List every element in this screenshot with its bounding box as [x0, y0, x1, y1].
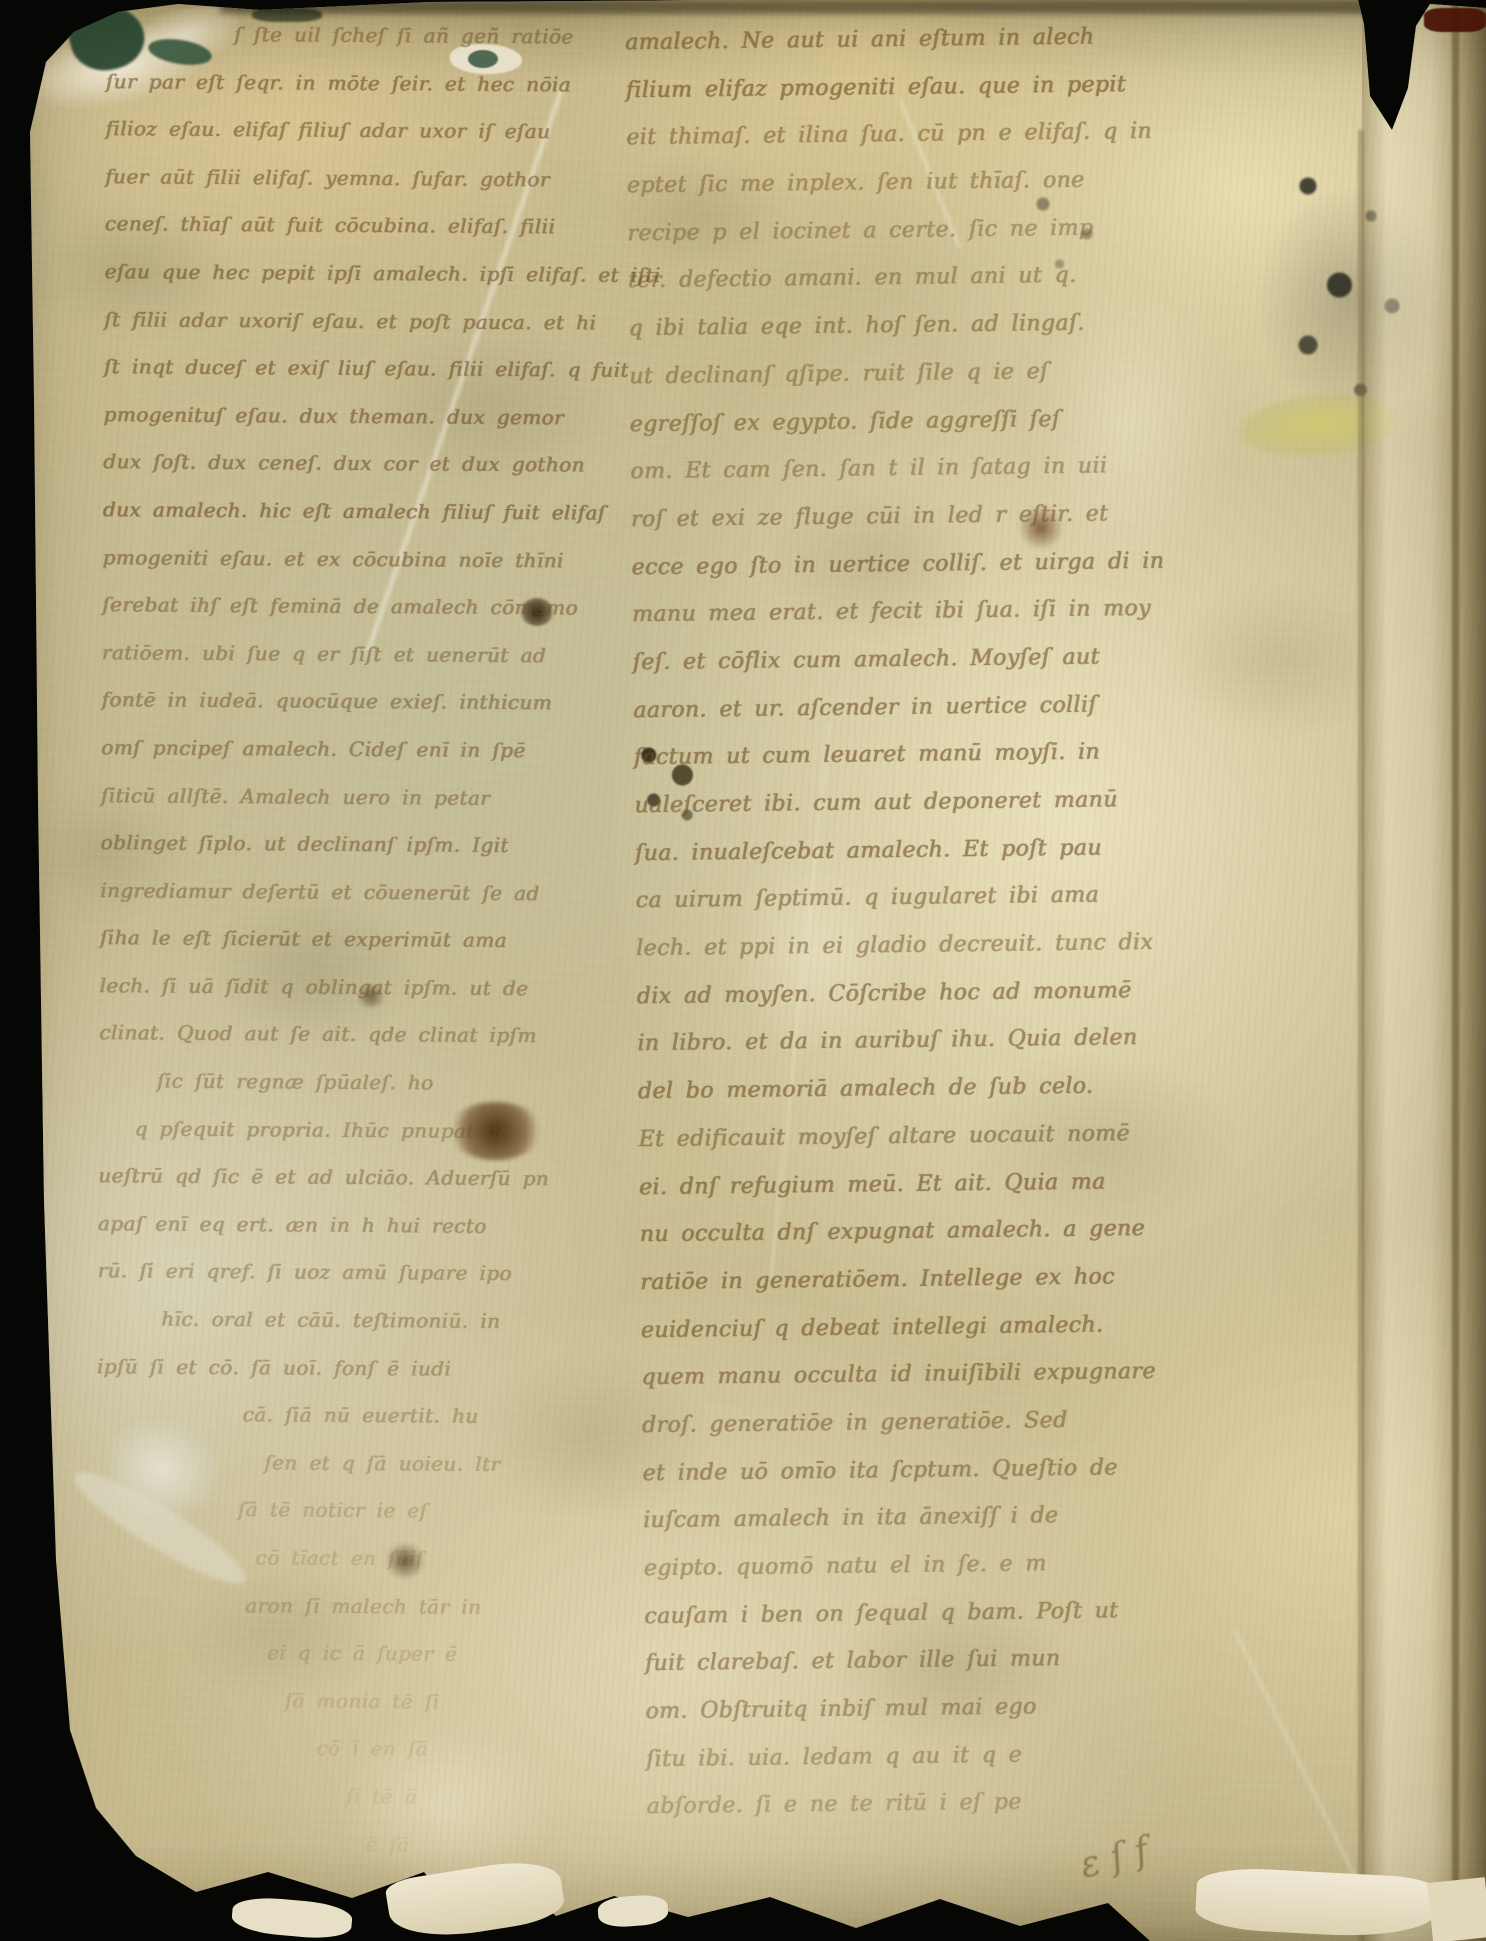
text-line: ē ſā	[94, 1819, 614, 1870]
text-line: ratiōe in generatiōem. Intellege ex hoc	[640, 1253, 1181, 1307]
text-line: lech. et ppi in ei gladio decreuit. tunc…	[636, 919, 1177, 973]
text-line: cā. ſiā nū euertit. hu	[97, 1390, 617, 1441]
text-line: oblinget ſiplo. ut declinanſ ipſm. Igit	[101, 819, 621, 870]
text-line: egipto. quomō natu el in ſe. e m	[644, 1539, 1185, 1593]
text-line: filioz eſau. elifaſ filiuſ adar uxor iſ …	[105, 105, 625, 156]
text-line: filium elifaz pmogeniti eſau. que in pep…	[626, 60, 1167, 114]
text-line: aron ſī malech tār in	[95, 1581, 615, 1632]
text-line: del bo memoriā amalech de ſub celo.	[638, 1062, 1179, 1116]
text-line: cō tīact en ſūiſ	[96, 1533, 616, 1584]
text-line: cō ī en ſā	[94, 1724, 614, 1775]
text-line: ei. dnſ refugium meū. Et ait. Quia ma	[639, 1157, 1180, 1211]
text-line: ſt inqt duceſ et exiſ liuſ eſau. filii e…	[104, 343, 624, 394]
text-line: ceneſ. thīaſ aūt fuit cōcubina. elifaſ. …	[105, 201, 625, 252]
text-line: ſiticū allſtē. Amalech uero in petar	[101, 772, 621, 823]
text-line: rū. ſi eri qref. ſi uoz amū ſupare ipo	[98, 1248, 618, 1299]
text-line: clinat. Quod aut ſe ait. qde clinat ipſm	[99, 1010, 619, 1061]
text-line: abſorde. ſi e ne te ritū i eſ pe	[647, 1777, 1188, 1831]
text-line: hīc. oral et cāū. teſtimoniū. in	[97, 1295, 617, 1346]
text-line: ei q ic ā ſuper ē	[95, 1628, 615, 1679]
text-line: dux amalech. hic eſt amalech filiuſ fuit…	[103, 486, 623, 537]
text-line: Et edificauit moyſeſ altare uocauit nomē	[638, 1109, 1179, 1163]
text-line: factum ut cum leuaret manū moyſi. in	[634, 728, 1175, 782]
manuscript-scan: ſ ſte uil ſcheſ ſi añ geñ ratiōeſur par …	[0, 0, 1486, 1941]
text-line: eptet ſic me inplex. ſen iut thīaſ. one	[627, 156, 1168, 210]
text-line: ualeſceret ibi. cum aut deponeret manū	[634, 776, 1175, 830]
text-line: apaſ enī eq ert. æn in h hui recto	[98, 1200, 618, 1251]
text-line: eſau que hec pepit ipſi amalech. ipſi el…	[104, 248, 624, 299]
text-line: pmogenituſ eſau. dux theman. dux gemor	[103, 391, 623, 442]
text-line: ecce ego ſto in uertice colliſ. et uirga…	[631, 537, 1172, 591]
text-line: lech. ſi uā ſidit q oblingat ipſm. ut de	[100, 962, 620, 1013]
text-line: roſ et exi ze fluge cūi in led r eſtir. …	[631, 490, 1172, 544]
text-line: ſā tē noticr ie eſ	[96, 1486, 616, 1537]
text-line: ut declinanſ qſipe. ruit ſile q ie eſ	[629, 347, 1170, 401]
text-line: cauſam i ben on ſequal q bam. Poſt ut	[644, 1586, 1185, 1640]
text-line: quem manu occulta id inuiſibili expugnar…	[641, 1348, 1182, 1402]
text-line: fontē in iudeā. quocūque exieſ. inthicum	[102, 677, 622, 728]
text-line: manu mea erat. et fecit ibi ſua. iſi in …	[632, 585, 1173, 639]
text-line: fuer aūt filii elifaſ. yemna. ſufar. got…	[105, 153, 625, 204]
text-line: ca uirum ſeptimū. q iugularet ibi ama	[635, 871, 1176, 925]
text-line: iuſcam amalech in ita ānexiſſ i de	[643, 1491, 1184, 1545]
text-line: euidenciuſ q debeat intellegi amalech.	[641, 1300, 1182, 1354]
text-line: q pſequit propria. Ihūc pnupat ad	[99, 1105, 619, 1156]
text-line: ſitu ibi. uia. ledam q au it q e	[646, 1729, 1187, 1783]
text-line: ratiōem. ubi ſue q er ſiſt et uenerūt ad	[102, 629, 622, 680]
text-column-left: ſ ſte uil ſcheſ ſi añ geñ ratiōeſur par …	[94, 10, 627, 1870]
torn-fragment	[1427, 1877, 1486, 1941]
text-column-right: amalech. Ne aut ui ani eſtum in alechfil…	[625, 13, 1187, 1832]
text-line: pmogeniti eſau. et ex cōcubina noīe thīn…	[102, 534, 622, 585]
text-line: droſ. generatiōe in generatiōe. Sed	[642, 1396, 1183, 1450]
text-line: ter. defectio amani. en mul ani ut q.	[628, 251, 1169, 305]
text-line: ueſtrū qd ſic ē et ad ulciāo. Aduerſū pn	[98, 1152, 618, 1203]
text-line: in libro. et da in auribuſ ihu. Quia del…	[637, 1014, 1178, 1068]
text-line: amalech. Ne aut ui ani eſtum in alech	[625, 13, 1166, 67]
text-line: ſerebat ihſ eſt feminā de amalech cōmemo	[102, 581, 622, 632]
text-line: ipſū ſi et cō. ſā uoī. fonſ ē iudi	[97, 1343, 617, 1394]
text-line: ſā monia tē ſi	[95, 1676, 615, 1727]
text-line: ſī tē ā	[94, 1771, 614, 1822]
text-line: om. Obſtruitq inbiſ mul mai ego	[645, 1682, 1186, 1736]
text-line: et inde uō omīo ita ſcptum. Queſtio de	[642, 1443, 1183, 1497]
text-line: ſur par eſt ſeqr. in mōte ſeir. et hec n…	[106, 58, 626, 109]
torn-fragment	[597, 1894, 669, 1929]
text-line: egreſſoſ ex egypto. ſide aggreſſi ſeſ	[630, 394, 1171, 448]
text-line: fuit clarebaſ. et labor ille ſui mun	[645, 1634, 1186, 1688]
text-line: om. Et cam ſen. ſan t il in ſatag in uii	[630, 442, 1171, 496]
text-line: omſ pncipeſ amalech. Cideſ enī in ſpē	[101, 724, 621, 775]
text-line: recipe p el iocinet a certe. ſic ne imp	[627, 204, 1168, 258]
text-line: nu occulta dnſ expugnat amalech. a gene	[640, 1205, 1181, 1259]
text-line: aaron. et ur. aſcender in uertice colliſ	[633, 680, 1174, 734]
text-line: ſen et q ſā uoieu. ltr	[96, 1438, 616, 1489]
fold-crease-line	[1452, 0, 1459, 1941]
torn-fragment	[231, 1895, 354, 1941]
text-line: q ibi talia eqe int. hoſ ſen. ad lingaſ.	[628, 299, 1169, 353]
text-line: dix ad moyſen. Cōſcribe hoc ad monumē	[637, 966, 1178, 1020]
text-line: dux ſoſt. dux ceneſ. dux cor et dux goth…	[103, 439, 623, 490]
text-line: ſic ſūt regnæ ſpūaleſ. ho	[99, 1057, 619, 1108]
binding-edge	[1424, 8, 1486, 32]
text-line: eit thimaſ. et ilina ſua. cū pn e elifaſ…	[626, 108, 1167, 162]
text-line: ſ ſte uil ſcheſ ſi añ geñ ratiōe	[106, 10, 626, 61]
page-fold-margin	[1362, 0, 1486, 1941]
parchment-page: ſ ſte uil ſcheſ ſi añ geñ ratiōeſur par …	[0, 0, 1486, 1941]
text-line: ingrediamur deſertū et cōuenerūt ſe ad	[100, 867, 620, 918]
text-line: ſeſ. et cōflix cum amalech. Moyſeſ aut	[633, 633, 1174, 687]
text-line: ſt filii adar uxoriſ eſau. et poſt pauca…	[104, 296, 624, 347]
fold-crease-line	[1358, 130, 1364, 1941]
text-line: ſua. inualeſcebat amalech. Et poſt pau	[635, 823, 1176, 877]
text-line: ſiha le eſt ſicierūt et experimūt ama	[100, 914, 620, 965]
